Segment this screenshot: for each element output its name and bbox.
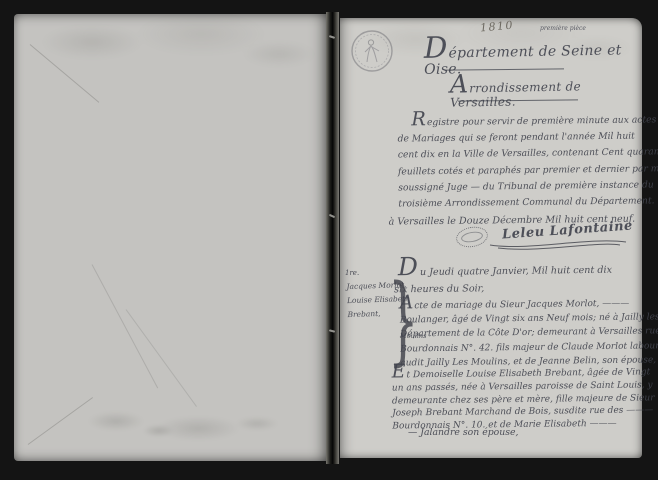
binding-thread [329,35,335,39]
entry-date: Du Jeudi quatre Janvier, Mil huit cent d… [398,259,612,299]
paper-smudge-band [69,402,304,450]
register-right-page: 1810 première pièce Département de Seine… [340,18,642,458]
book-scan: 1810 première pièce Département de Seine… [0,0,658,480]
interline-note: Moulins [400,332,426,340]
signature-flourish [488,235,628,251]
groom-paragraph: Acte de mariage du Sieur Jacques Morlot,… [400,295,641,371]
binding-thread [329,329,335,332]
entry-date-line: Du Jeudi quatre Janvier, Mil huit cent d… [398,259,612,282]
paper-stain-top [14,14,326,94]
blank-left-page [14,14,327,461]
arrondissement-title: Arrondissement de Versailles. [450,74,643,109]
registre-line: troisième Arrondissement Communal du Dép… [398,194,642,213]
paper-stain-top [340,18,642,78]
paper-crease [126,309,197,407]
entry-closing-line: — Jalandre son épouse, [408,427,518,438]
registre-paragraph: Registre pour servir de première minute … [397,112,642,231]
bride-paragraph: Et Demoiselle Louise Elisabeth Brebant, … [392,363,641,433]
paper-crease [92,264,159,388]
entry-number: 1re. [345,269,359,277]
book-binding [326,12,339,464]
binding-thread [329,214,335,218]
